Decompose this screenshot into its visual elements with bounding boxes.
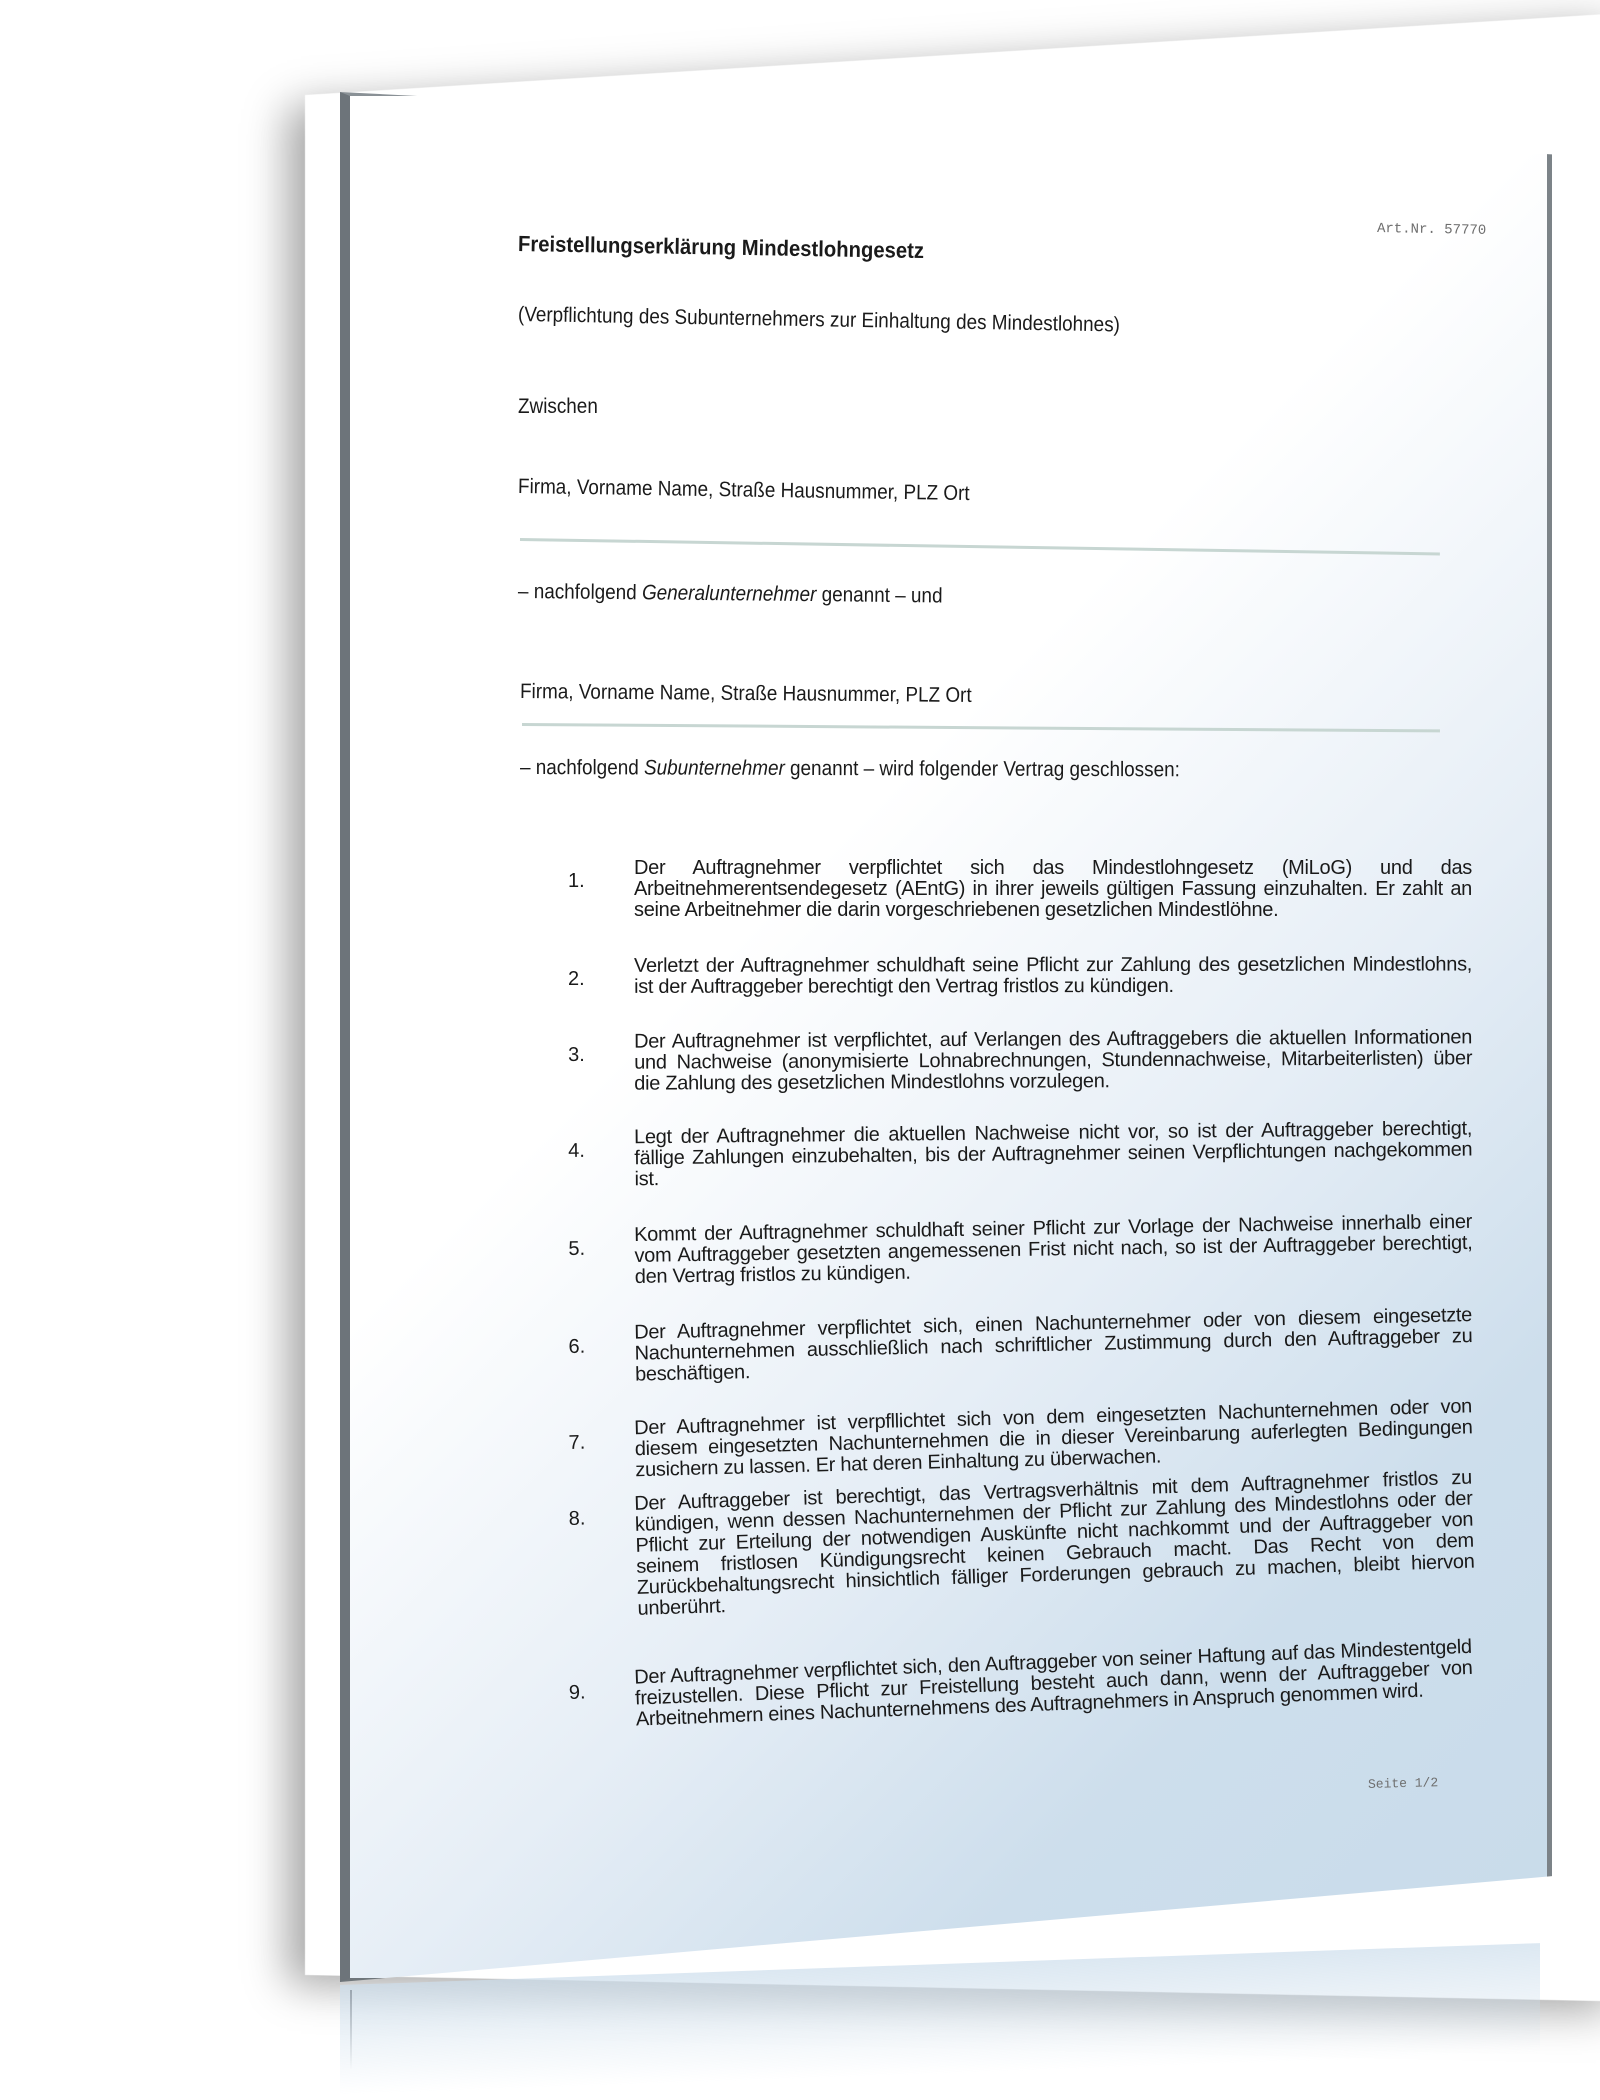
- page-content: Art.Nr. 57770 Freistellungserklärung Min…: [0, 0, 1600, 2100]
- clause-number: 5.: [568, 1238, 585, 1261]
- clause-text: Der Auftragnehmer verpflichtet sich, den…: [634, 1637, 1474, 1731]
- party1-role: – nachfolgend Generalunternehmer genannt…: [518, 580, 943, 608]
- page-number: Seite 1/2: [1368, 1775, 1439, 1792]
- clause-text: Der Auftragnehmer verpflichtet sich, ein…: [634, 1305, 1473, 1386]
- party2-role-name: Subunternehmer: [644, 756, 785, 779]
- party2-role-prefix: – nachfolgend: [520, 756, 644, 779]
- clause-number: 8.: [568, 1507, 585, 1531]
- party2-address-placeholder: Firma, Vorname Name, Straße Hausnummer, …: [520, 680, 972, 708]
- clause-text: Legt der Auftragnehmer die aktuellen Nac…: [634, 1119, 1473, 1191]
- between-label: Zwischen: [518, 395, 598, 419]
- party2-role: – nachfolgend Subunternehmer genannt – w…: [520, 756, 1180, 782]
- clause-number: 4.: [568, 1140, 585, 1163]
- party1-address-placeholder: Firma, Vorname Name, Straße Hausnummer, …: [518, 475, 970, 506]
- clause-3: 3. Der Auftragnehmer ist verpflichtet, a…: [568, 1027, 1508, 1032]
- clause-5: 5. Kommt der Auftragnehmer schuldhaft se…: [568, 1211, 1508, 1226]
- clause-text: Der Auftraggeber ist berechtigt, das Ver…: [634, 1468, 1476, 1620]
- clause-number: 1.: [568, 870, 585, 893]
- clause-text: Der Auftragnehmer ist verpflichtet, auf …: [634, 1027, 1472, 1094]
- party1-role-name: Generalunternehmer: [642, 581, 817, 606]
- clause-text: Der Auftragnehmer verpflichtet sich das …: [634, 858, 1472, 921]
- document-preview: Art.Nr. 57770 Freistellungserklärung Min…: [0, 0, 1600, 2100]
- clause-number: 3.: [568, 1044, 585, 1067]
- clause-2: 2. Verletzt der Auftragnehmer schuldhaft…: [568, 954, 1508, 956]
- party1-role-suffix: genannt – und: [816, 583, 942, 607]
- clause-text: Verletzt der Auftragnehmer schuldhaft se…: [634, 954, 1472, 997]
- clause-number: 6.: [568, 1336, 585, 1359]
- party2-divider: [522, 723, 1440, 732]
- clause-4: 4. Legt der Auftragnehmer die aktuellen …: [568, 1118, 1508, 1128]
- clause-9: 9. Der Auftragnehmer verpflichtet sich, …: [568, 1636, 1507, 1670]
- clause-number: 7.: [568, 1432, 585, 1455]
- clause-text: Kommt der Auftragnehmer schuldhaft seine…: [634, 1212, 1473, 1288]
- party2-role-suffix: genannt – wird folgender Vertrag geschlo…: [785, 757, 1180, 781]
- document-subtitle: (Verpflichtung des Subunternehmers zur E…: [518, 303, 1120, 338]
- clause-number: 2.: [568, 968, 585, 991]
- party1-role-prefix: – nachfolgend: [518, 580, 642, 604]
- clause-text: Der Auftragnehmer ist verpfllichtet sich…: [634, 1396, 1473, 1481]
- clause-7: 7. Der Auftragnehmer ist verpfllichtet s…: [568, 1395, 1508, 1420]
- party1-divider: [520, 538, 1440, 555]
- article-number: Art.Nr. 57770: [1377, 221, 1486, 239]
- clause-6: 6. Der Auftragnehmer verpflichtet sich, …: [568, 1304, 1508, 1324]
- clause-number: 9.: [568, 1681, 586, 1705]
- document-title: Freistellungserklärung Mindestlohngesetz: [518, 231, 924, 264]
